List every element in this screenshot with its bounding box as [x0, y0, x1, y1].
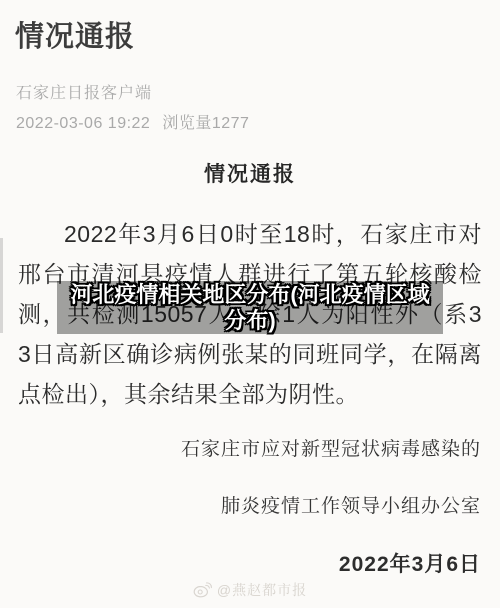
caption-line1: 河北疫情相关地区分布(河北疫情区域 — [57, 282, 443, 308]
publish-timestamp: 2022-03-06 19:22 — [16, 115, 150, 132]
article-page: 情况通报 石家庄日报客户端 2022-03-06 19:22浏览量1277 情况… — [0, 0, 500, 608]
view-count: 浏览量1277 — [162, 115, 249, 132]
notice-body-line: 2022年3月6日0时至18时，石家庄市对涉 — [18, 214, 482, 254]
article-source: 石家庄日报客户端 — [16, 80, 152, 103]
left-edge-artifact — [0, 238, 3, 333]
watermark: @燕赵都市报 — [0, 580, 500, 600]
article-title: 情况通报 — [15, 21, 135, 54]
caption-line2: 分布) — [57, 308, 443, 334]
watermark-text: @燕赵都市报 — [217, 580, 307, 600]
notice-signature-line2: 肺炎疫情工作领导小组办公室 — [221, 491, 481, 518]
notice-title: 情况通报 — [0, 158, 500, 188]
notice-date: 2022年3月6日 — [339, 548, 481, 578]
caption-overlay-band: 河北疫情相关地区分布(河北疫情区域 分布) — [57, 281, 443, 334]
notice-body-line: 点检出），其余结果全部为阴性。 — [18, 374, 482, 414]
notice-body-line: 3日高新区确诊病例张某的同班同学，在隔离 — [18, 334, 482, 374]
article-meta: 2022-03-06 19:22浏览量1277 — [16, 110, 249, 133]
notice-signature-line1: 石家庄市应对新型冠状病毒感染的 — [181, 434, 481, 461]
weibo-icon — [193, 582, 212, 598]
